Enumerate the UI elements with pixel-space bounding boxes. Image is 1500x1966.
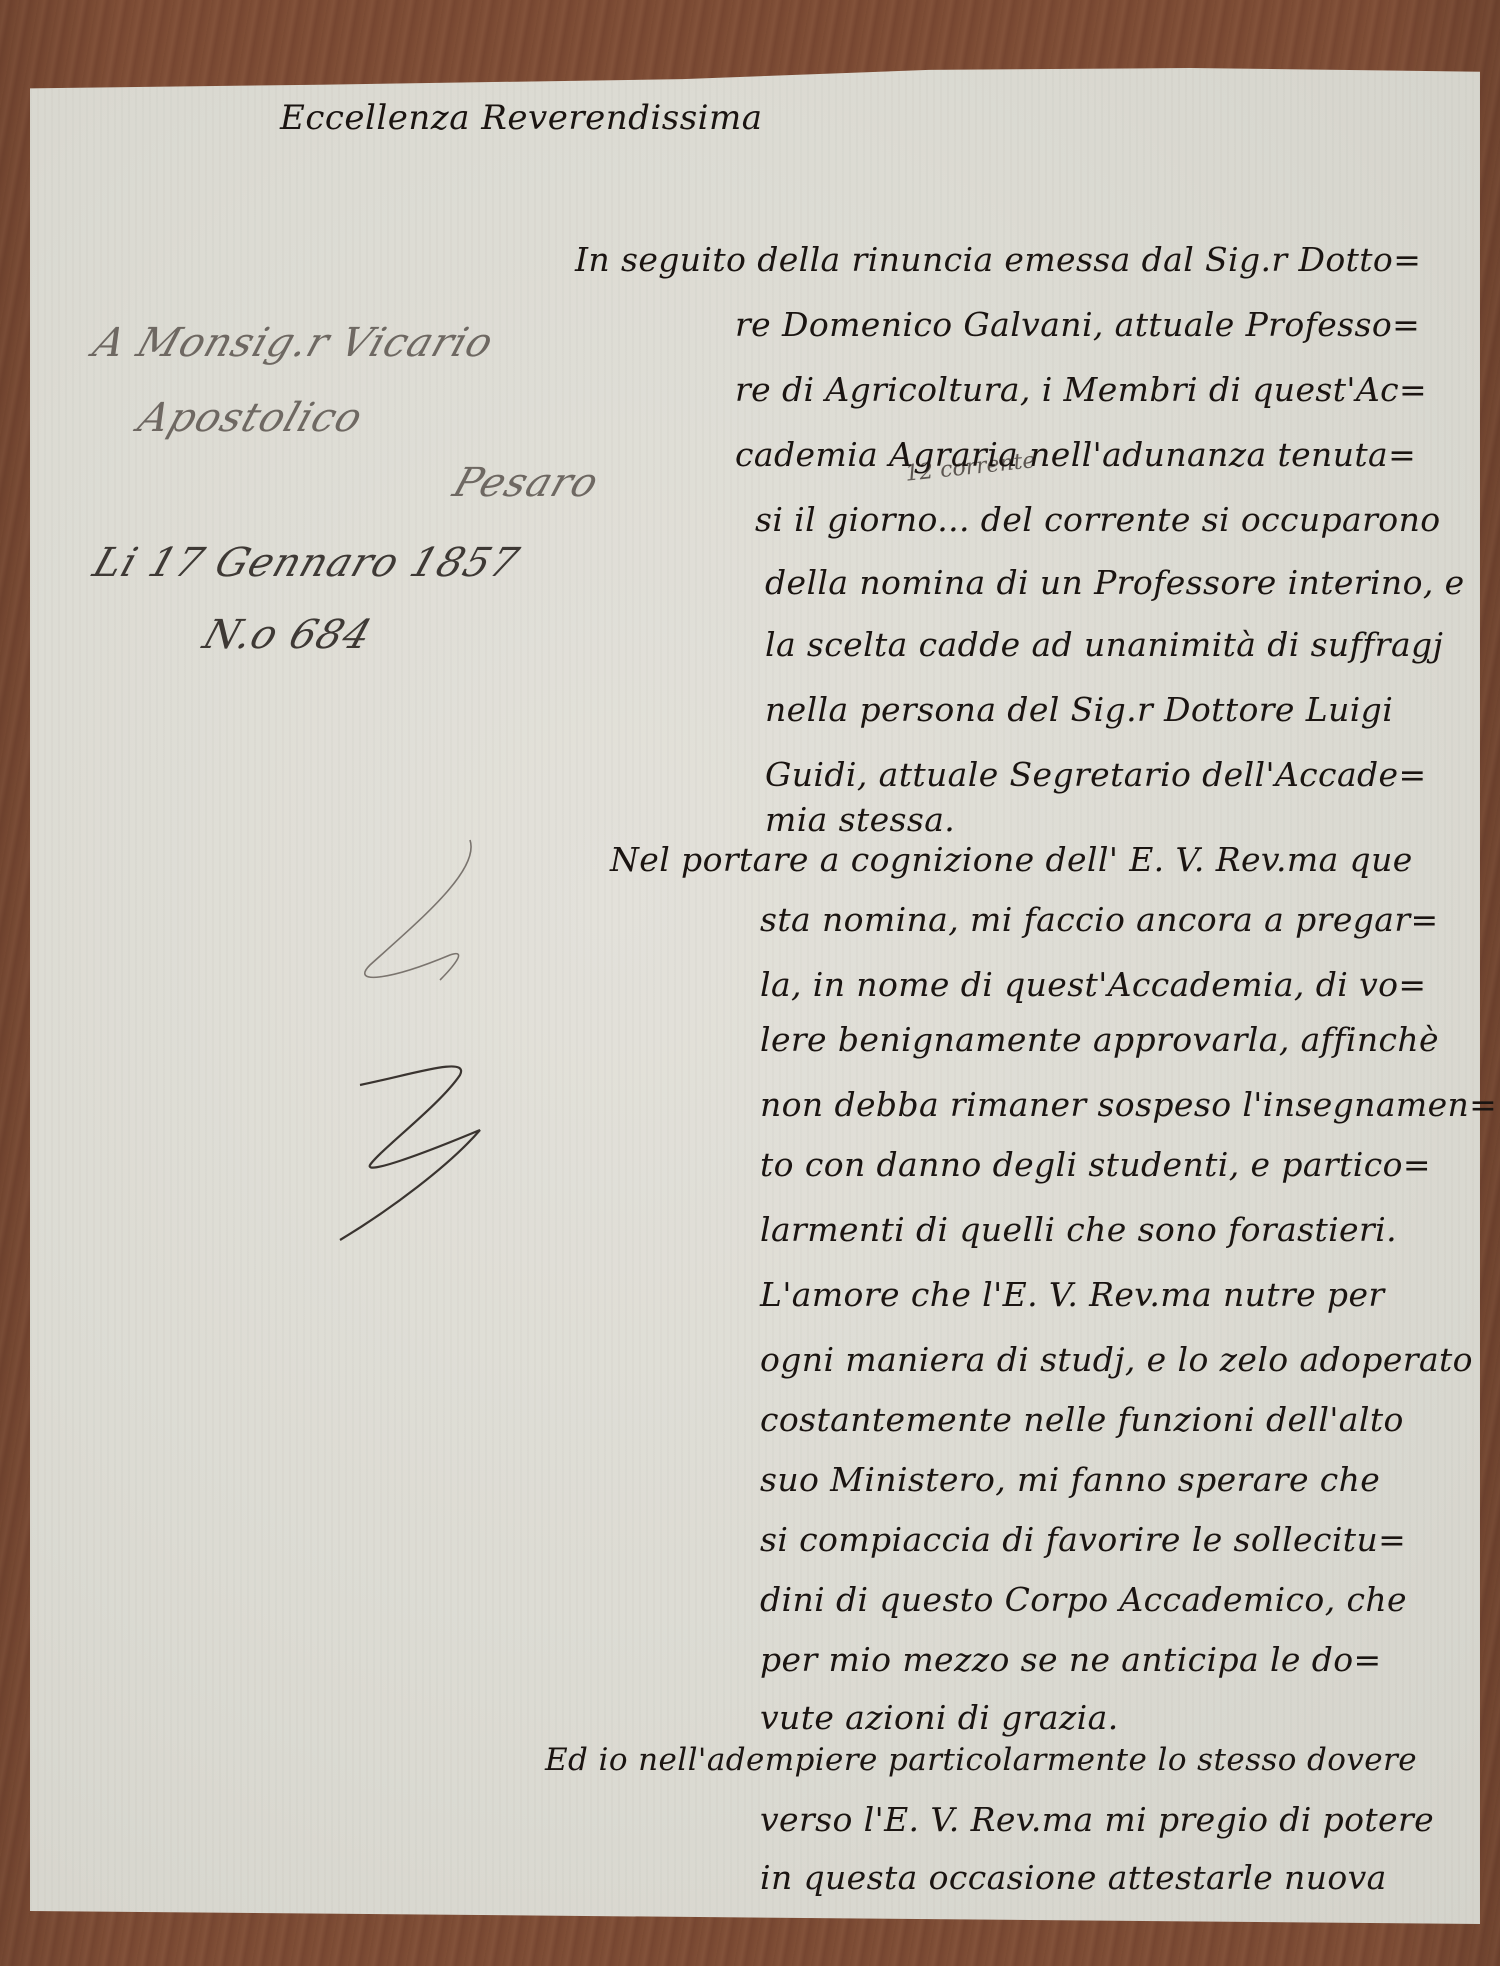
- body-line: dini di questo Corpo Accademico, che: [760, 1580, 1407, 1619]
- body-line: lere benignamente approvarla, affinchè: [760, 1020, 1439, 1059]
- body-line: to con danno degli studenti, e partico=: [760, 1145, 1431, 1184]
- body-line: in questa occasione attestarle nuova: [760, 1858, 1387, 1897]
- pen-flourish-icon: [330, 830, 510, 1250]
- salutation: Eccellenza Reverendissima: [280, 98, 763, 138]
- body-line: re Domenico Galvani, attuale Professo=: [735, 305, 1420, 344]
- body-line: L'amore che l'E. V. Rev.ma nutre per: [760, 1275, 1385, 1314]
- body-line: costantemente nelle funzioni dell'alto: [760, 1400, 1404, 1439]
- body-line: Ed io nell'adempiere particolarmente lo …: [545, 1742, 1417, 1778]
- margin-note-line-5: N.o 684: [198, 612, 378, 658]
- body-line: mia stessa.: [765, 800, 955, 839]
- body-line: non debba rimaner sospeso l'insegnamen=: [760, 1085, 1497, 1124]
- body-line: ogni maniera di studj, e lo zelo adopera…: [760, 1340, 1473, 1379]
- body-line: la, in nome di quest'Accademia, di vo=: [760, 965, 1426, 1004]
- body-line: suo Ministero, mi fanno sperare che: [760, 1460, 1380, 1499]
- body-line: re di Agricoltura, i Membri di quest'Ac=: [735, 370, 1427, 409]
- body-line: per mio mezzo se ne anticipa le do=: [760, 1640, 1382, 1679]
- body-line: della nomina di un Professore interino, …: [765, 563, 1465, 602]
- body-line: verso l'E. V. Rev.ma mi pregio di potere: [760, 1800, 1434, 1839]
- body-line: In seguito della rinuncia emessa dal Sig…: [575, 240, 1421, 279]
- body-line: nella persona del Sig.r Dottore Luigi: [765, 690, 1393, 729]
- body-line: Nel portare a cognizione dell' E. V. Rev…: [610, 840, 1413, 879]
- body-line: la scelta cadde ad unanimità di suffragj: [765, 625, 1443, 664]
- margin-note-line-3: Pesaro: [448, 460, 605, 506]
- body-line: si compiaccia di favorire le sollecitu=: [760, 1520, 1406, 1559]
- body-line: sta nomina, mi faccio ancora a pregar=: [760, 900, 1439, 939]
- body-line: si il giorno... del corrente si occuparo…: [755, 500, 1441, 539]
- margin-note-line-4: Li 17 Gennaro 1857: [88, 540, 525, 586]
- body-line: Guidi, attuale Segretario dell'Accade=: [765, 755, 1427, 794]
- margin-note-line-2: Apostolico: [133, 395, 369, 441]
- body-line: larmenti di quelli che sono forastieri.: [760, 1210, 1397, 1249]
- body-line: cademia Agraria nell'adunanza tenuta=: [735, 435, 1416, 474]
- body-line: vute azioni di grazia.: [760, 1698, 1119, 1737]
- margin-note-line-1: A Monsig.r Vicario: [88, 320, 500, 366]
